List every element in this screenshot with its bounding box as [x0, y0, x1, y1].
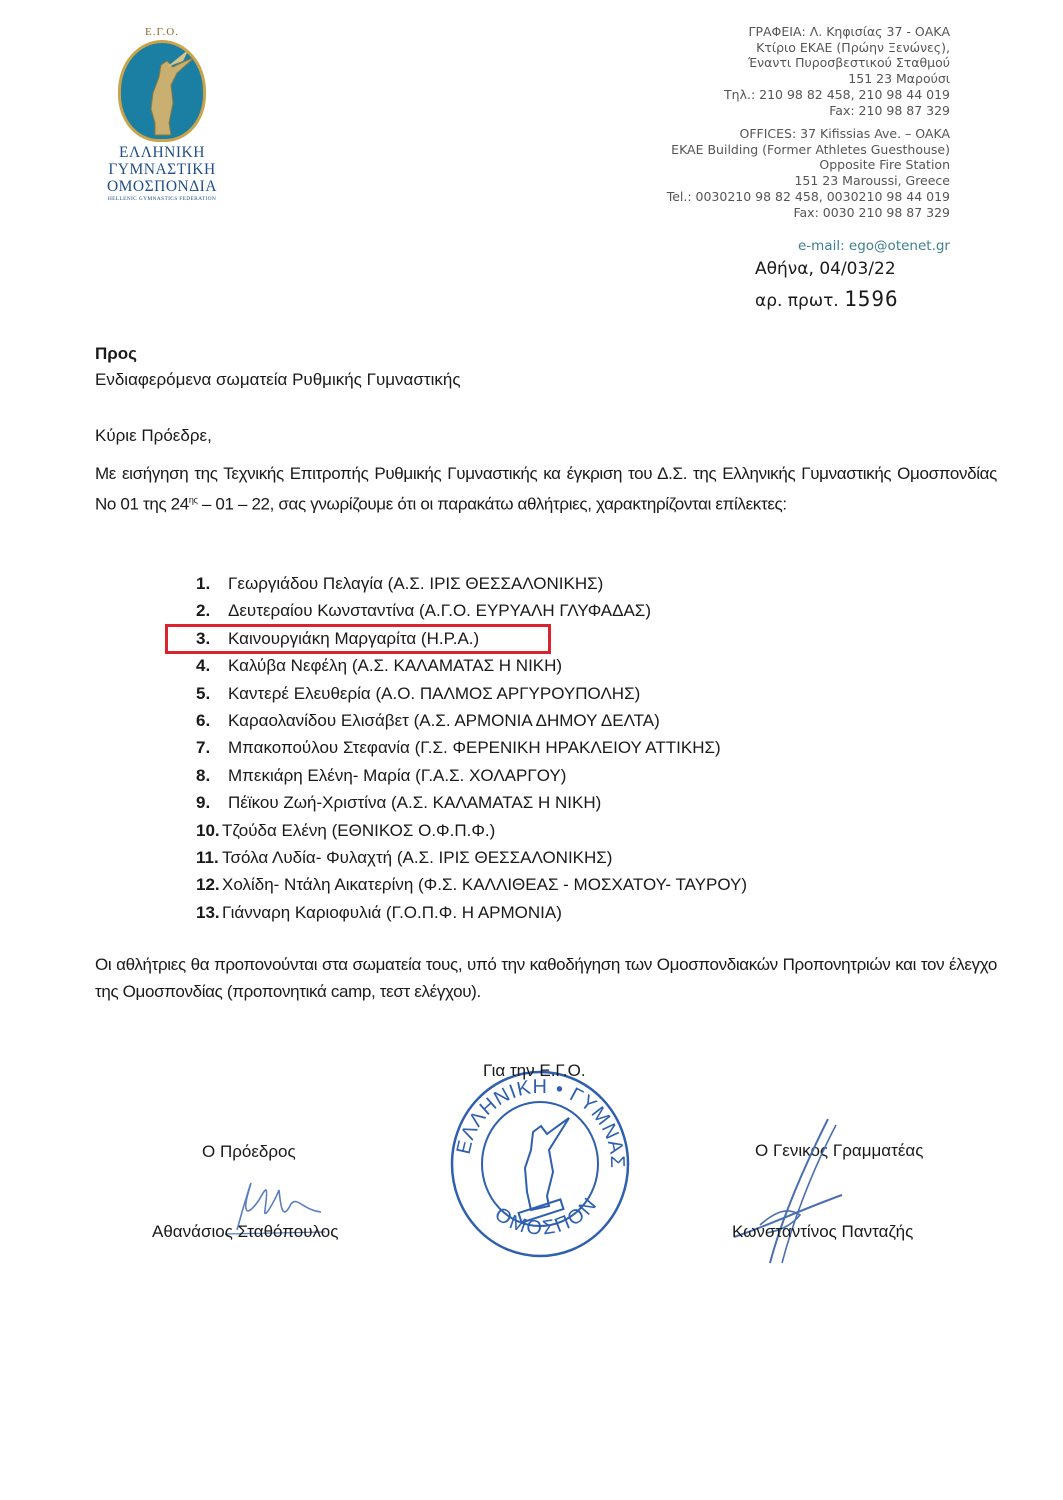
athlete-name: Καλύβα Νεφέλη (Α.Σ. ΚΑΛΑΜΑΤΑΣ Η ΝΙΚΗ): [228, 656, 562, 675]
item-number: 6.: [196, 707, 228, 734]
federation-logo: Ε.Γ.Ο. ΕΛΛΗΝΙΚΗ ΓΥΜΝΑΣΤΙΚΗ ΟΜΟΣΠΟΝΔΙΑ HE…: [92, 26, 232, 202]
item-number: 4.: [196, 652, 228, 679]
address-line: 151 23 Maroussi, Greece: [667, 173, 950, 189]
logo-name-line-2: ΓΥΜΝΑΣΤΙΚΗ: [92, 161, 232, 178]
protocol-number: 1596: [844, 287, 899, 311]
address-phone: Tel.: 0030210 98 82 458, 0030210 98 44 0…: [667, 189, 950, 205]
federation-stamp: ΕΛΛΗΝΙΚΗ • ΓΥΜΝΑΣΤΙΚΗ • ΟΜΟΣΠΟΝΔΙΑ: [447, 1060, 633, 1264]
item-number: 8.: [196, 762, 228, 789]
athlete-name: Μπακοπούλου Στεφανία (Γ.Σ. ΦΕΡΕΝΙΚΗ ΗΡΑΚ…: [228, 738, 721, 757]
english-address-block: OFFICES: 37 Kifissias Ave. – OAKA EKAE B…: [667, 126, 950, 220]
address-line: Κτίριο ΕΚΑΕ (Πρώην Ξενώνες),: [724, 40, 950, 56]
winged-victory-statue-icon: [118, 40, 206, 142]
athlete-list-item: 10.Τζούδα Ελένη (ΕΘΝΙΚΟΣ Ο.Φ.Π.Φ.): [196, 817, 747, 844]
athlete-list-item: 12.Χολίδη- Ντάλη Αικατερίνη (Φ.Σ. ΚΑΛΛΙΘ…: [196, 871, 747, 898]
athlete-name: Καραολανίδου Ελισάβετ (Α.Σ. ΑΡΜΟΝΙΑ ΔΗΜΟ…: [228, 711, 660, 730]
address-fax: Fax: 0030 210 98 87 329: [667, 205, 950, 221]
date-line: Αθήνα, 04/03/22: [755, 259, 896, 279]
athlete-name: Πέϊκου Ζωή-Χριστίνα (Α.Σ. ΚΑΛΑΜΑΤΑΣ Η ΝΙ…: [228, 793, 601, 812]
highlight-box: [165, 624, 551, 654]
athlete-list-item: 11.Τσόλα Λυδία- Φυλαχτή (Α.Σ. ΙΡΙΣ ΘΕΣΣΑ…: [196, 844, 747, 871]
address-line: EKAE Building (Former Athletes Guesthous…: [667, 142, 950, 158]
closing-paragraph: Οι αθλήτριες θα προπονούνται στα σωματεί…: [95, 951, 997, 1005]
item-number: 7.: [196, 734, 228, 761]
athlete-name: Τσόλα Λυδία- Φυλαχτή (Α.Σ. ΙΡΙΣ ΘΕΣΣΑΛΟΝ…: [222, 848, 612, 867]
item-number: 13.: [196, 899, 222, 926]
ordinal-suffix: ης: [189, 495, 198, 505]
address-phone: Τηλ.: 210 98 82 458, 210 98 44 019: [724, 87, 950, 103]
address-line: OFFICES: 37 Kifissias Ave. – OAKA: [667, 126, 950, 142]
athlete-list-item: 5.Καντερέ Ελευθερία (Α.Ο. ΠΑΛΜΟΣ ΑΡΓΥΡΟΥ…: [196, 680, 747, 707]
athlete-list-item: 13.Γιάνναρη Καριοφυλιά (Γ.Ο.Π.Φ. Η ΑΡΜΟΝ…: [196, 899, 747, 926]
item-number: 11.: [196, 844, 222, 871]
protocol-label: αρ. πρωτ.: [755, 291, 839, 311]
athlete-list-item: 9.Πέϊκου Ζωή-Χριστίνα (Α.Σ. ΚΑΛΑΜΑΤΑΣ Η …: [196, 789, 747, 816]
logo-name-line-1: ΕΛΛΗΝΙΚΗ: [92, 144, 232, 161]
item-number: 9.: [196, 789, 228, 816]
athlete-name: Καντερέ Ελευθερία (Α.Ο. ΠΑΛΜΟΣ ΑΡΓΥΡΟΥΠΟ…: [228, 684, 640, 703]
president-name: Αθανάσιος Σταθόπουλος: [152, 1222, 338, 1242]
secretary-signature: [730, 1115, 870, 1269]
athlete-name: Γιάνναρη Καριοφυλιά (Γ.Ο.Π.Φ. Η ΑΡΜΟΝΙΑ): [222, 903, 562, 922]
logo-abbreviation: Ε.Γ.Ο.: [92, 26, 232, 38]
address-fax: Fax: 210 98 87 329: [724, 103, 950, 119]
recipient-label: Προς: [95, 344, 137, 364]
secretary-name: Κωνσταντίνος Πανταζής: [732, 1222, 913, 1242]
item-number: 12.: [196, 871, 222, 898]
athlete-list-item: 6.Καραολανίδου Ελισάβετ (Α.Σ. ΑΡΜΟΝΙΑ ΔΗ…: [196, 707, 747, 734]
item-number: 2.: [196, 597, 228, 624]
email-address: e-mail: ego@otenet.gr: [798, 238, 950, 254]
item-number: 10.: [196, 817, 222, 844]
item-number: 1.: [196, 570, 228, 597]
address-line: ΓΡΑΦΕΙΑ: Λ. Κηφισίας 37 - ΟΑΚΑ: [724, 24, 950, 40]
athlete-name: Δευτεραίου Κωνσταντίνα (Α.Γ.Ο. ΕΥΡΥΑΛΗ Γ…: [228, 601, 651, 620]
athlete-list-item: 4.Καλύβα Νεφέλη (Α.Σ. ΚΑΛΑΜΑΤΑΣ Η ΝΙΚΗ): [196, 652, 747, 679]
athlete-list-item: 7.Μπακοπούλου Στεφανία (Γ.Σ. ΦΕΡΕΝΙΚΗ ΗΡ…: [196, 734, 747, 761]
greek-address-block: ΓΡΑΦΕΙΑ: Λ. Κηφισίας 37 - ΟΑΚΑ Κτίριο ΕΚ…: [724, 24, 950, 118]
protocol-line: αρ. πρωτ. 1596: [755, 287, 899, 311]
for-organization-label: Για την Ε.Γ.Ο.: [483, 1061, 586, 1081]
athlete-list-item: 1.Γεωργιάδου Πελαγία (Α.Σ. ΙΡΙΣ ΘΕΣΣΑΛΟΝ…: [196, 570, 747, 597]
item-number: 5.: [196, 680, 228, 707]
logo-subtitle: HELLENIC GYMNASTICS FEDERATION: [92, 196, 232, 202]
athlete-name: Χολίδη- Ντάλη Αικατερίνη (Φ.Σ. ΚΑΛΛΙΘΕΑΣ…: [222, 875, 747, 894]
president-title: Ο Πρόεδρος: [202, 1142, 296, 1162]
athlete-name: Μπεκιάρη Ελένη- Μαρία (Γ.Α.Σ. ΧΟΛΑΡΓΟΥ): [228, 766, 566, 785]
address-line: Έναντι Πυροσβεστικού Σταθμού: [724, 55, 950, 71]
athlete-list-item: 2.Δευτεραίου Κωνσταντίνα (Α.Γ.Ο. ΕΥΡΥΑΛΗ…: [196, 597, 747, 624]
salutation: Κύριε Πρόεδρε,: [95, 426, 212, 446]
athlete-list-item: 8.Μπεκιάρη Ελένη- Μαρία (Γ.Α.Σ. ΧΟΛΑΡΓΟΥ…: [196, 762, 747, 789]
athlete-name: Τζούδα Ελένη (ΕΘΝΙΚΟΣ Ο.Φ.Π.Φ.): [222, 821, 495, 840]
logo-name-line-3: ΟΜΟΣΠΟΝΔΙΑ: [92, 178, 232, 195]
athlete-name: Γεωργιάδου Πελαγία (Α.Σ. ΙΡΙΣ ΘΕΣΣΑΛΟΝΙΚ…: [228, 574, 603, 593]
address-line: Opposite Fire Station: [667, 157, 950, 173]
address-line: 151 23 Μαρούσι: [724, 71, 950, 87]
intro-paragraph: Με εισήγηση της Τεχνικής Επιτροπής Ρυθμι…: [95, 460, 997, 518]
intro-text-continued: – 01 – 22, σας γνωρίζουμε ότι οι παρακάτ…: [198, 495, 787, 514]
recipient-value: Ενδιαφερόμενα σωματεία Ρυθμικής Γυμναστι…: [95, 370, 461, 390]
